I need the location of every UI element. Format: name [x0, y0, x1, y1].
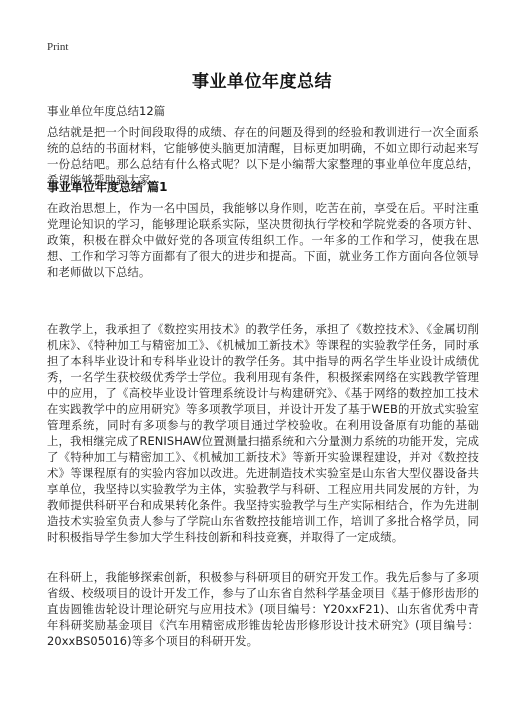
document-title: 事业单位年度总结 — [47, 67, 477, 92]
document-subtitle: 事业单位年度总结12篇 — [47, 103, 165, 119]
section-heading: 事业单位年度总结 篇1 — [47, 178, 168, 195]
body-paragraph-research: 在科研上，我能够探索创新，积极参与科研项目的研究开发工作。我先后参与了多项省级、… — [47, 569, 479, 649]
print-label[interactable]: Print — [47, 41, 68, 53]
body-paragraph-politics: 在政治思想上，作为一名中国员，我能够以身作则，吃苦在前，享受在后。平时注重党理论… — [47, 200, 479, 280]
body-paragraph-teaching: 在教学上，我承担了《数控实用技术》的教学任务，承担了《数控技术》、《金属切削机床… — [47, 321, 479, 545]
